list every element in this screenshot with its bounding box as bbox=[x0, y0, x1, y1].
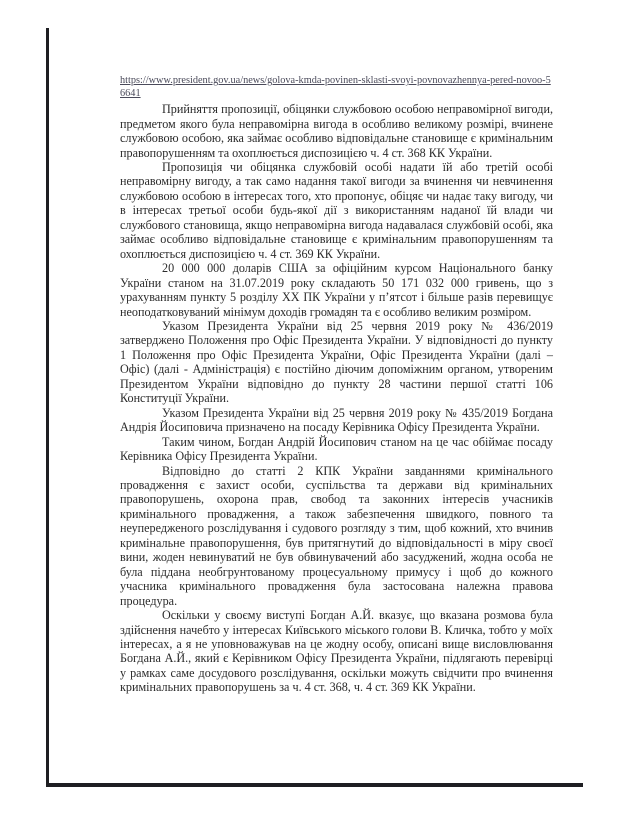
paragraph-conclusion: Оскільки у своєму виступі Богдан А.Й. вк… bbox=[120, 608, 553, 695]
document-page: https://www.president.gov.ua/news/golova… bbox=[120, 75, 553, 695]
paragraph-bribe-acceptance: Прийняття пропозиції, обіцянки службовою… bbox=[120, 102, 553, 160]
paragraph-amount: 20 000 000 доларів США за офіційним курс… bbox=[120, 261, 553, 319]
paragraph-bribe-offer: Пропозиція чи обіцянка службовій особі н… bbox=[120, 160, 553, 261]
source-link[interactable]: https://www.president.gov.ua/news/golova… bbox=[120, 75, 553, 100]
scan-bottom-edge bbox=[46, 783, 583, 787]
paragraph-cpc-article-2: Відповідно до статті 2 КПК України завда… bbox=[120, 464, 553, 609]
scan-left-edge bbox=[46, 28, 49, 786]
paragraph-current-position: Таким чином, Богдан Андрій Йосипович ста… bbox=[120, 435, 553, 464]
paragraph-appointment-decree: Указом Президента України від 25 червня … bbox=[120, 406, 553, 435]
paragraph-office-decree: Указом Президента України від 25 червня … bbox=[120, 319, 553, 406]
